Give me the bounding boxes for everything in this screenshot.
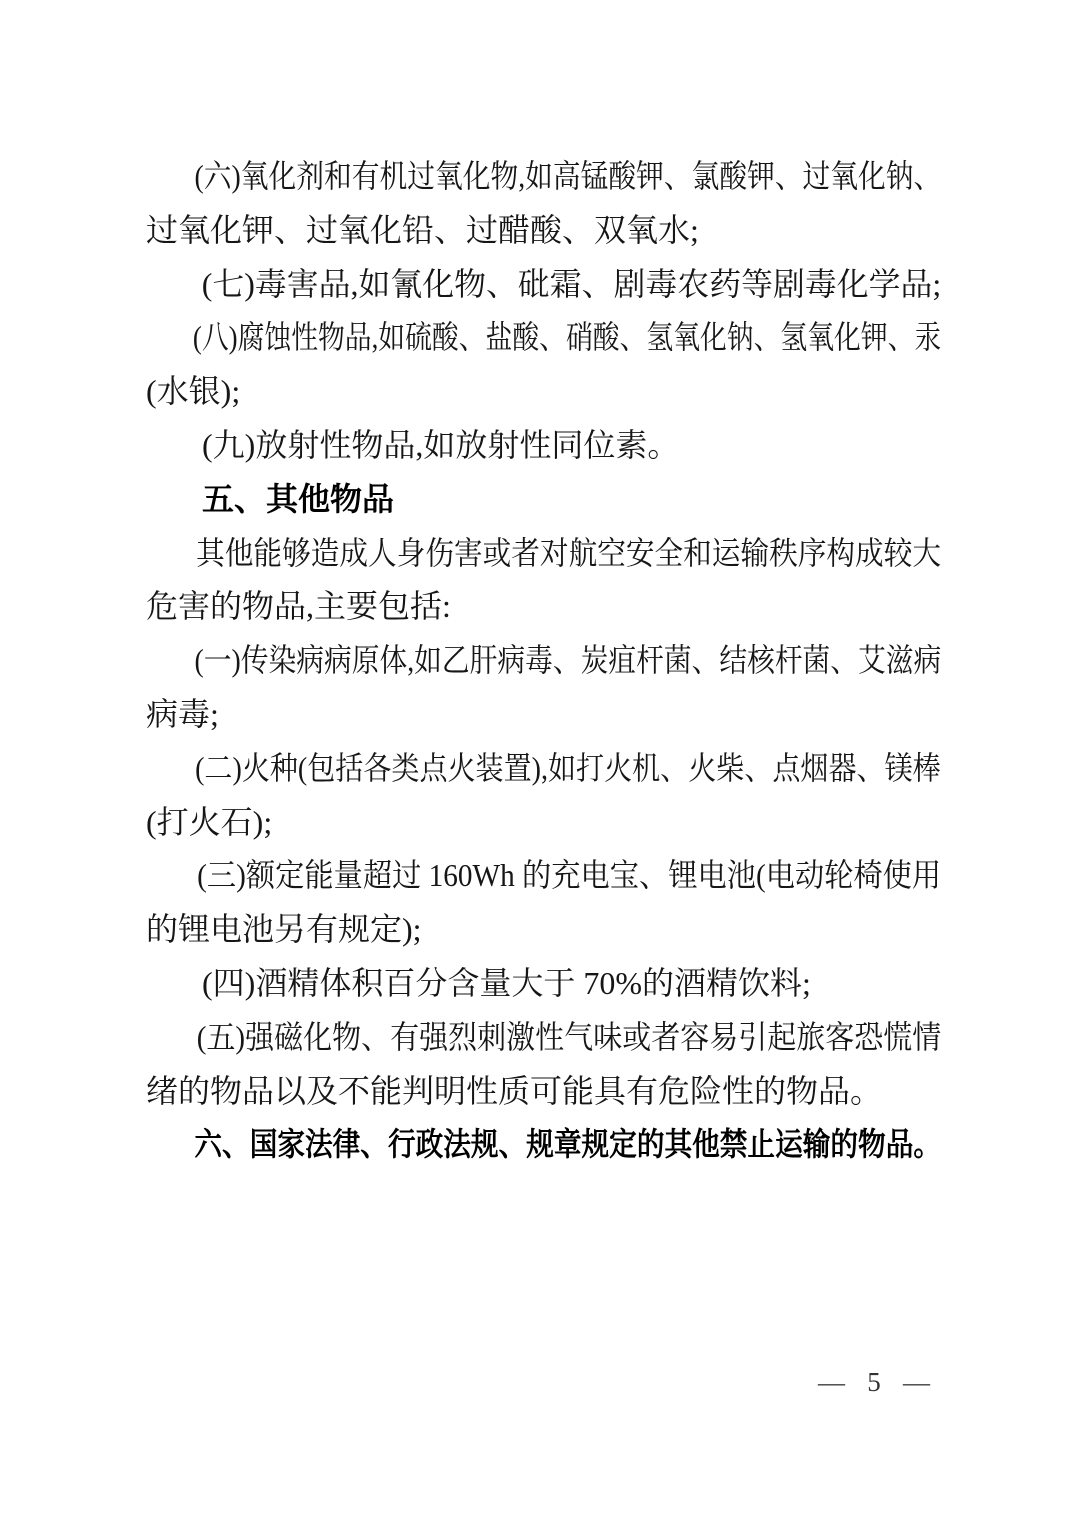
- doc-line-text: (水银);: [146, 365, 240, 419]
- doc-line-text: (三)额定能量超过 160Wh 的充电宝、锂电池(电动轮椅使用: [146, 849, 941, 903]
- doc-line-text: (七)毒害品,如氰化物、砒霜、剧毒农药等剧毒化学品;: [146, 258, 941, 312]
- doc-line: 的锂电池另有规定);: [146, 903, 941, 957]
- section-heading-text: 六、国家法律、行政法规、规章规定的其他禁止运输的物品。: [146, 1118, 941, 1172]
- doc-line-text: 的锂电池另有规定);: [146, 903, 422, 957]
- doc-line-text: (四)酒精体积百分含量大于 70%的酒精饮料;: [146, 957, 811, 1011]
- document-page: (六)氧化剂和有机过氧化物,如高锰酸钾、氯酸钾、过氧化钠、 过氧化钾、过氧化铅、…: [0, 0, 1080, 1528]
- doc-line: (三)额定能量超过 160Wh 的充电宝、锂电池(电动轮椅使用: [146, 849, 941, 903]
- doc-line-text: 过氧化钾、过氧化铅、过醋酸、双氧水;: [146, 204, 699, 258]
- section-heading-5: 五、其他物品: [146, 473, 941, 527]
- doc-line: (七)毒害品,如氰化物、砒霜、剧毒农药等剧毒化学品;: [146, 258, 941, 312]
- doc-line: 过氧化钾、过氧化铅、过醋酸、双氧水;: [146, 204, 941, 258]
- doc-line: (六)氧化剂和有机过氧化物,如高锰酸钾、氯酸钾、过氧化钠、: [146, 150, 941, 204]
- doc-line: 病毒;: [146, 688, 941, 742]
- section-heading-text: 五、其他物品: [146, 473, 394, 527]
- page-number: 5: [867, 1367, 881, 1398]
- doc-line: (二)火种(包括各类点火装置),如打火机、火柴、点烟器、镁棒: [146, 742, 941, 796]
- footer-dash-left: —: [818, 1367, 845, 1398]
- doc-line: (四)酒精体积百分含量大于 70%的酒精饮料;: [146, 957, 941, 1011]
- doc-line: (九)放射性物品,如放射性同位素。: [146, 419, 941, 473]
- footer-dash-right: —: [903, 1367, 930, 1398]
- doc-line-text: 病毒;: [146, 688, 219, 742]
- doc-line: 危害的物品,主要包括:: [146, 580, 941, 634]
- page-footer: — 5 —: [818, 1362, 930, 1402]
- doc-line: (水银);: [146, 365, 941, 419]
- doc-line: 其他能够造成人身伤害或者对航空安全和运输秩序构成较大: [146, 527, 941, 581]
- doc-line-text: (九)放射性物品,如放射性同位素。: [146, 419, 679, 473]
- doc-line-text: (八)腐蚀性物品,如硫酸、盐酸、硝酸、氢氧化钠、氢氧化钾、汞: [146, 311, 941, 365]
- doc-line-text: (六)氧化剂和有机过氧化物,如高锰酸钾、氯酸钾、过氧化钠、: [146, 150, 941, 204]
- doc-line-text: 危害的物品,主要包括:: [146, 580, 451, 634]
- doc-line: (五)强磁化物、有强烈刺激性气味或者容易引起旅客恐慌情: [146, 1011, 941, 1065]
- doc-line: (一)传染病病原体,如乙肝病毒、炭疽杆菌、结核杆菌、艾滋病: [146, 634, 941, 688]
- doc-line: 绪的物品以及不能判明性质可能具有危险性的物品。: [146, 1065, 941, 1119]
- doc-line: (八)腐蚀性物品,如硫酸、盐酸、硝酸、氢氧化钠、氢氧化钾、汞: [146, 311, 941, 365]
- section-heading-6: 六、国家法律、行政法规、规章规定的其他禁止运输的物品。: [146, 1118, 941, 1172]
- doc-line-text: (五)强磁化物、有强烈刺激性气味或者容易引起旅客恐慌情: [146, 1011, 941, 1065]
- doc-line-text: (打火石);: [146, 796, 272, 850]
- doc-line-text: 其他能够造成人身伤害或者对航空安全和运输秩序构成较大: [146, 527, 941, 581]
- doc-line-text: 绪的物品以及不能判明性质可能具有危险性的物品。: [146, 1065, 882, 1119]
- doc-line-text: (一)传染病病原体,如乙肝病毒、炭疽杆菌、结核杆菌、艾滋病: [146, 634, 941, 688]
- doc-line-text: (二)火种(包括各类点火装置),如打火机、火柴、点烟器、镁棒: [146, 742, 941, 796]
- document-body: (六)氧化剂和有机过氧化物,如高锰酸钾、氯酸钾、过氧化钠、 过氧化钾、过氧化铅、…: [146, 150, 941, 1172]
- doc-line: (打火石);: [146, 796, 941, 850]
